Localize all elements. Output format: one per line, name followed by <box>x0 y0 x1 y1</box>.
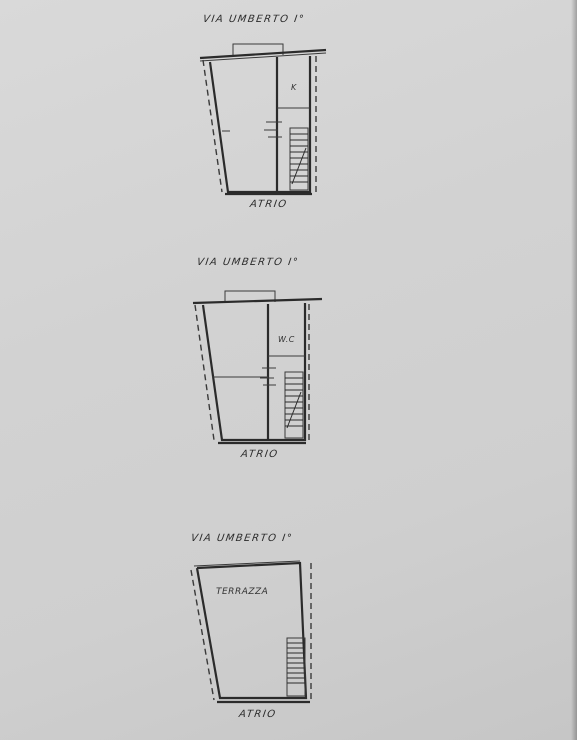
floor-plan-terrace: VIA UMBERTO I° TERRAZZA ATRIO <box>0 0 577 740</box>
room-label-terrazza: TERRAZZA <box>216 587 268 597</box>
floor-plan-drawing <box>0 0 577 740</box>
atrio-label: ATRIO <box>238 709 277 720</box>
